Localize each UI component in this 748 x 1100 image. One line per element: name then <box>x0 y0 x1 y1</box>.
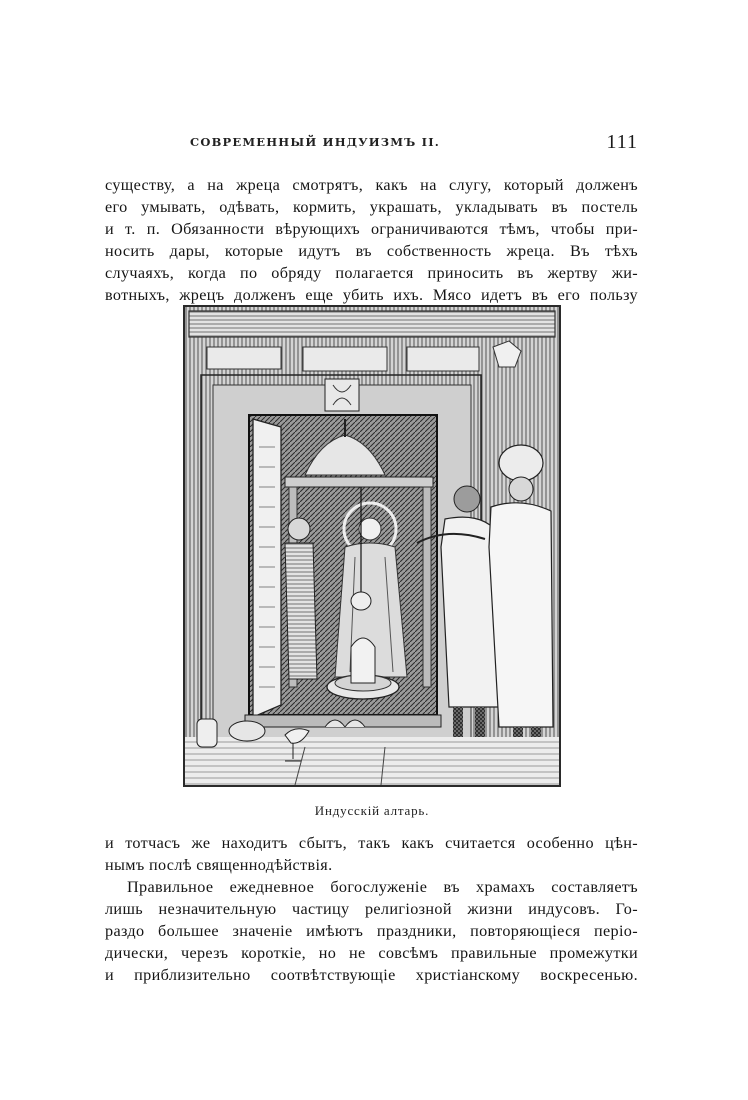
text-line: вотныхъ, жрецъ долженъ еще убить ихъ. Мя… <box>105 284 638 306</box>
page-number: 111 <box>606 131 638 154</box>
text-line: и приблизительно соотвѣтствующіе христіа… <box>105 964 638 986</box>
text-line: раздо большее значеніе имѣютъ праздники,… <box>105 920 638 942</box>
book-page: СОВРЕМЕННЫЙ ИНДУИЗМЪ II. 111 существу, а… <box>0 0 748 1100</box>
text-line: его умывать, одѣвать, кормить, украшать,… <box>105 196 638 218</box>
figure-caption: Индусскій алтарь. <box>183 803 561 819</box>
paragraph-top: существу, а на жреца смотрятъ, какъ на с… <box>105 174 638 306</box>
text-line: и тотчасъ же находитъ сбытъ, такъ какъ с… <box>105 832 638 854</box>
text-line: лишь незначительную частицу религіозной … <box>105 898 638 920</box>
text-line: нымъ послѣ священнодѣйствія. <box>105 854 638 876</box>
text-line: и т. п. Обязанности вѣрующихъ ограничива… <box>105 218 638 240</box>
running-title: СОВРЕМЕННЫЙ ИНДУИЗМЪ II. <box>105 135 525 149</box>
engraving-image <box>185 307 559 785</box>
text-line: существу, а на жреца смотрятъ, какъ на с… <box>105 174 638 196</box>
paragraph-bottom: и тотчасъ же находитъ сбытъ, такъ какъ с… <box>105 832 638 986</box>
text-line: носить дары, которые идутъ въ собственно… <box>105 240 638 262</box>
running-head: СОВРЕМЕННЫЙ ИНДУИЗМЪ II. 111 <box>105 131 638 155</box>
text-line: дически, черезъ короткіе, но не совсѣмъ … <box>105 942 638 964</box>
illustration-hindu-altar <box>183 305 561 787</box>
text-line: Правильное ежедневное богослуженіе въ хр… <box>105 876 638 898</box>
text-line: случаяхъ, когда по обряду полагается при… <box>105 262 638 284</box>
